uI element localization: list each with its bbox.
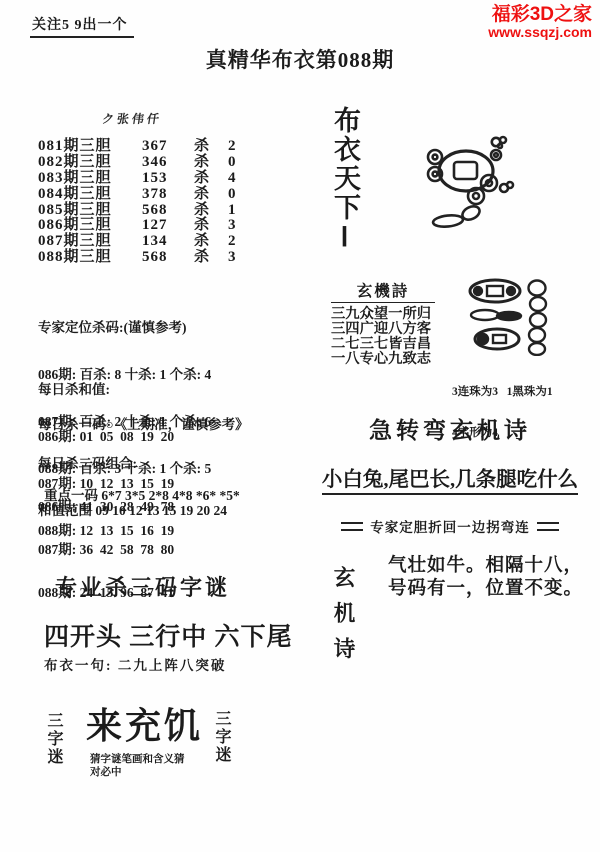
lottery-sheet-page: 关注5 9出一个 福彩3D之家 www.ssqzj.com 真精华布衣第088期…: [0, 0, 600, 852]
poem-line: 三四广迎八方客: [331, 322, 435, 337]
poem-line: 二七三七皆吉昌: [331, 337, 435, 352]
dan-value: 568: [142, 203, 194, 219]
riddle-text: 小白兔,尾巴长,几条腿吃什么: [322, 469, 578, 495]
dan-value: 367: [142, 139, 194, 155]
kill-number: 0: [228, 155, 237, 171]
period-label: 087期三胆: [38, 234, 142, 250]
buyi-tianxia-title: 布衣天下Ⅰ: [326, 106, 365, 255]
poem-line: 一八专心九致志: [331, 352, 435, 367]
page-title: 真精华布衣第088期: [0, 44, 600, 74]
poem-line: 三九众望一所归: [331, 307, 435, 322]
kill-number: 2: [228, 139, 237, 155]
couplet-line: 号码有一，位置不变。: [388, 578, 583, 601]
table-row: 086期三胆127杀3: [38, 218, 237, 234]
period-label: 088期三胆: [38, 250, 142, 266]
couplet-line: 气壮如牛。相隔十八，: [388, 555, 583, 578]
period-label: 082期三胆: [38, 155, 142, 171]
kill-label: 杀: [194, 250, 228, 266]
mystic-poem-couplet: 气壮如牛。相隔十八， 号码有一，位置不变。: [388, 555, 583, 601]
coin-doodle-drawing: [426, 133, 521, 228]
sharp-turn-riddle: 小白兔,尾巴长,几条腿吃什么: [300, 462, 600, 492]
double-line-decoration: [341, 522, 363, 531]
dan-value: 127: [142, 218, 194, 234]
kill-number: 1: [228, 203, 237, 219]
period-label: 081期三胆: [38, 139, 142, 155]
table-row: 082期三胆346杀0: [38, 155, 237, 171]
table-row: 081期三胆367杀2: [38, 139, 237, 155]
kill-number: 2: [228, 234, 237, 250]
kill-label: 杀: [194, 139, 228, 155]
three-char-riddle-label-left: 三字迷: [42, 712, 65, 766]
list-item: 087期: 36 42 58 78 80: [38, 543, 174, 557]
table-row: 083期三胆153杀4: [38, 171, 237, 187]
section-title: 专家定位杀码:(谨慎参考): [38, 320, 211, 336]
dan-value: 153: [142, 171, 194, 187]
kill-label: 杀: [194, 187, 228, 203]
kill-number: 0: [228, 187, 237, 203]
buyi-sentence: 布衣一句: 二九上阵八突破: [44, 654, 226, 674]
three-char-riddle-label-right: 三字迷: [210, 710, 233, 764]
three-char-riddle-answer: 来充饥: [86, 698, 203, 749]
beads-doodle-drawing: [468, 278, 550, 356]
kill-label: 杀: [194, 155, 228, 171]
kill-number: 3: [228, 218, 237, 234]
period-label: 084期三胆: [38, 187, 142, 203]
kill-three-title: 专业杀三码字谜: [55, 571, 230, 602]
hint-line: 猜字谜笔画和含义猜: [90, 754, 185, 767]
site-name: 福彩3D之家: [488, 5, 592, 25]
table-row: 087期三胆134杀2: [38, 234, 237, 250]
kill-number: 4: [228, 171, 237, 187]
expert-banner: 专家定胆折回一边拐弯连: [300, 516, 600, 536]
table-row: 084期三胆378杀0: [38, 187, 237, 203]
kill-three-riddle: 四开头 三行中 六下尾: [44, 617, 293, 653]
double-line-decoration: [537, 522, 559, 531]
hint-line: 对必中: [90, 767, 185, 780]
site-url: www.ssqzj.com: [488, 25, 592, 40]
dan-value: 378: [142, 187, 194, 203]
legend-line: 3连珠为3 1黑珠为1: [452, 386, 553, 400]
kill-label: 杀: [194, 234, 228, 250]
kill-number: 3: [228, 250, 237, 266]
site-watermark: 福彩3D之家 www.ssqzj.com: [488, 5, 592, 40]
period-label: 086期三胆: [38, 218, 142, 234]
mystic-poem-vertical-title: 玄机诗: [328, 566, 359, 673]
dan-value: 134: [142, 234, 194, 250]
period-label: 083期三胆: [38, 171, 142, 187]
dan-value: 568: [142, 250, 194, 266]
mystic-poem-section: 玄機詩 三九众望一所归 三四广迎八方客 二七三七皆吉昌 一八专心九致志: [331, 279, 435, 367]
sharp-turn-poem-title: 急转弯玄机诗: [300, 412, 600, 445]
focus-note: 关注5 9出一个: [30, 14, 134, 38]
riddle-hint-note: 猜字谜笔画和含义猜 对必中: [90, 754, 185, 779]
dan-value: 346: [142, 155, 194, 171]
handwritten-scribble: ク张伟仟: [101, 110, 163, 127]
poem-title: 玄機詩: [331, 279, 435, 303]
banner-text: 专家定胆折回一边拐弯连: [370, 516, 530, 536]
sum-range-line: 和值范围 09 10 12 13 15 19 20 24: [38, 499, 227, 519]
sandan-history-list: 081期三胆367杀2 082期三胆346杀0 083期三胆153杀4 084期…: [38, 139, 237, 266]
table-row: 088期三胆568杀3: [38, 250, 237, 266]
kill-label: 杀: [194, 171, 228, 187]
section-title: 每日杀二码组合:: [38, 457, 174, 471]
section-title: 每日杀和值:: [38, 382, 174, 398]
kill-label: 杀: [194, 218, 228, 234]
